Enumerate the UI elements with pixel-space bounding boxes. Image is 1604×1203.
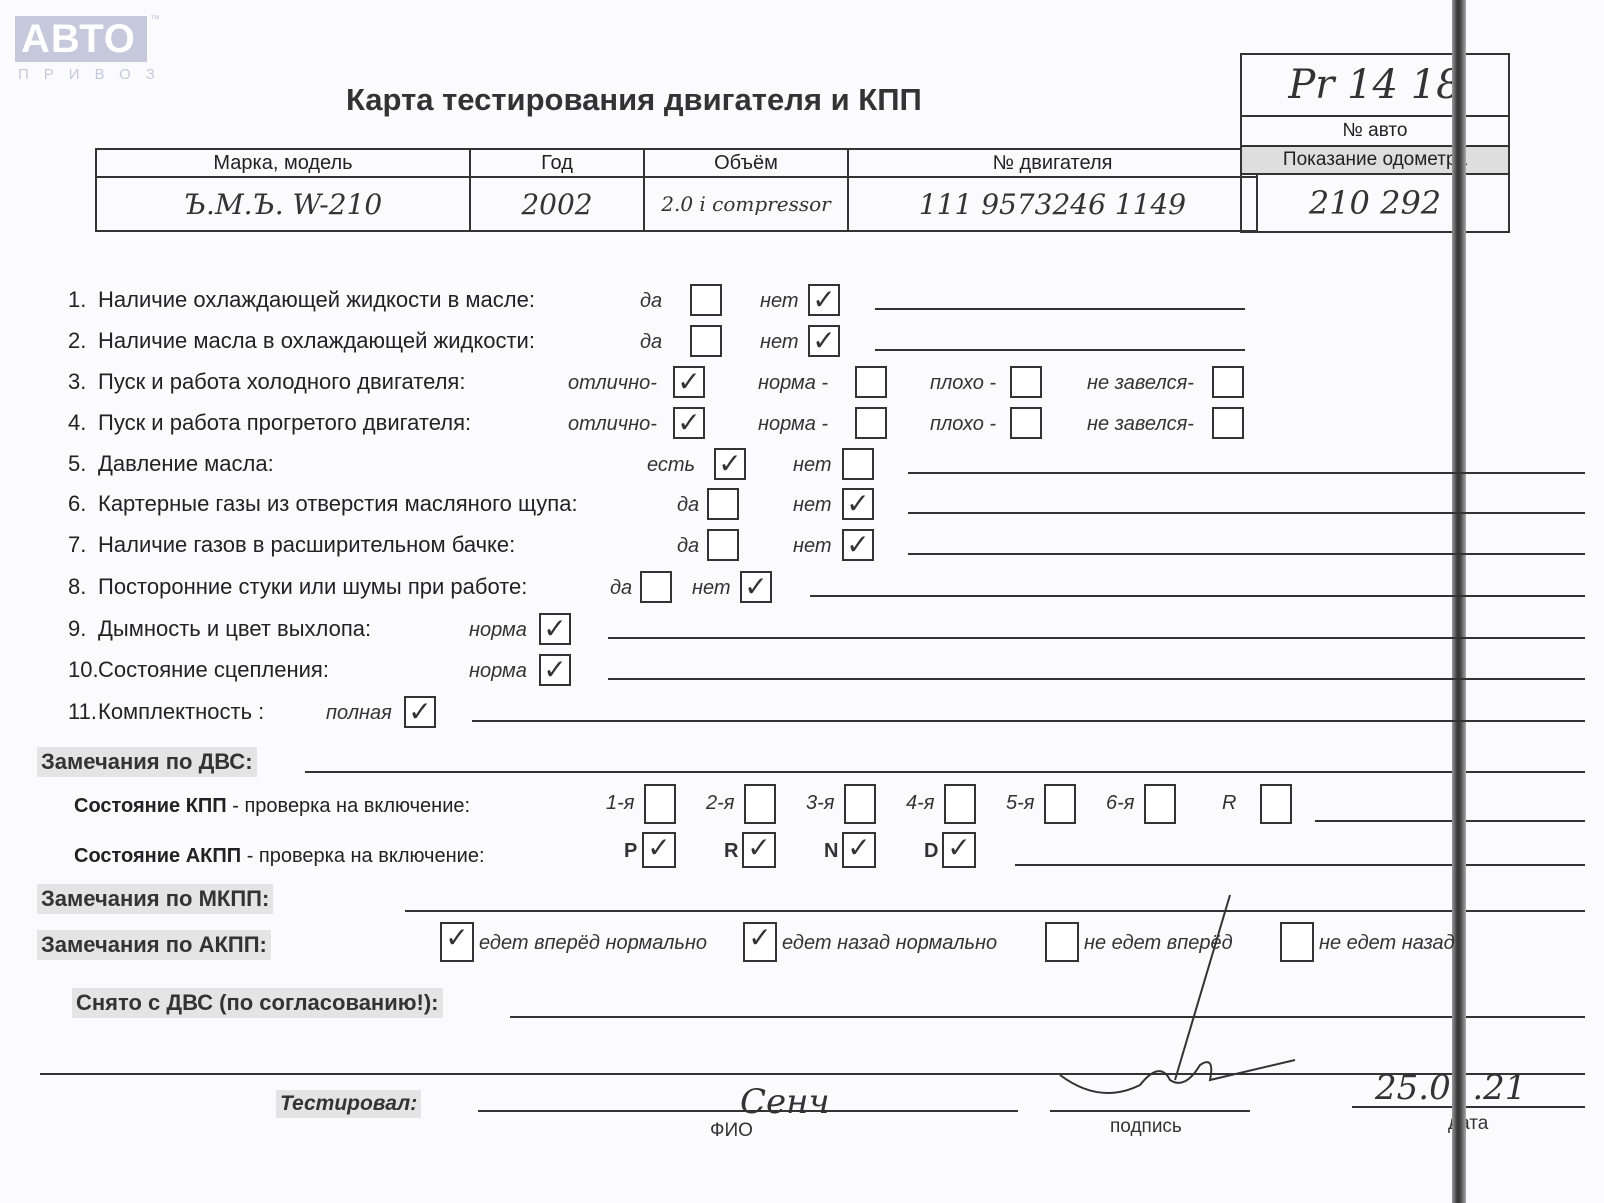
question-8: 8.Посторонние стуки или шумы при работе: (68, 574, 527, 600)
akpp-gear-checkbox-R[interactable]: ✓ (742, 832, 776, 868)
date-value[interactable]: 25.01.21 (1375, 1068, 1526, 1108)
question-number: 10. (68, 657, 98, 683)
question-5: 5.Давление масла: (68, 451, 274, 477)
akpp-gear-checkbox-N[interactable]: ✓ (842, 832, 876, 868)
logo: АВТО (15, 16, 147, 62)
option-label: отлично- (568, 372, 657, 395)
kpp-gear-label: 5-я (1006, 792, 1034, 815)
auto-number-label: № авто (1242, 117, 1508, 147)
logo-trademark: ™ (150, 14, 160, 25)
checkbox-8-2[interactable]: ✓ (740, 571, 772, 603)
question-number: 4. (68, 410, 98, 436)
question-text: Дымность и цвет выхлопа: (98, 616, 371, 641)
question-1: 1.Наличие охлаждающей жидкости в масле: (68, 287, 535, 313)
question-text: Пуск и работа холодного двигателя: (98, 369, 465, 394)
fio-label: ФИО (710, 1120, 753, 1142)
kpp-gear-label: 1-я (606, 792, 634, 815)
checkbox-5-1[interactable]: ✓ (714, 448, 746, 480)
akpp-label: Состояние АКПП - проверка на включение: (74, 845, 485, 868)
kpp-gear-checkbox-R[interactable] (1260, 784, 1292, 824)
akpp-gear-checkbox-D[interactable]: ✓ (942, 832, 976, 868)
akpp-remark-checkbox-2[interactable]: ✓ (743, 922, 777, 962)
checkbox-7-2[interactable]: ✓ (842, 529, 874, 561)
checkbox-3-2[interactable] (855, 366, 887, 398)
option-label: есть (647, 454, 695, 477)
checkbox-1-2[interactable]: ✓ (808, 284, 840, 316)
question-10: 10.Состояние сцепления: (68, 657, 329, 683)
kpp-gear-label: R (1222, 792, 1236, 815)
notes-field-1[interactable] (875, 308, 1245, 310)
kpp-gear-checkbox-4-я[interactable] (944, 784, 976, 824)
question-text: Давление масла: (98, 451, 274, 476)
option-label: норма (469, 619, 527, 642)
checkbox-4-1[interactable]: ✓ (673, 407, 705, 439)
odometer-label: Показание одометра (1242, 147, 1508, 175)
option-label: плохо - (930, 413, 996, 436)
akpp-gear-label: D (924, 840, 938, 863)
kpp-gear-checkbox-5-я[interactable] (1044, 784, 1076, 824)
question-text: Комплектность : (98, 699, 264, 724)
kpp-notes-field[interactable] (1315, 820, 1585, 822)
fio-field[interactable] (478, 1110, 1018, 1112)
question-text: Посторонние стуки или шумы при работе: (98, 574, 527, 599)
notes-field-8[interactable] (810, 595, 1585, 597)
odometer-field[interactable]: 210 292 (1242, 175, 1508, 231)
option-label: нет (793, 494, 832, 517)
question-9: 9.Дымность и цвет выхлопа: (68, 616, 371, 642)
question-number: 7. (68, 532, 98, 558)
checkbox-6-1[interactable] (707, 488, 739, 520)
question-number: 11. (68, 699, 98, 725)
engine-number-field[interactable]: 111 9573246 1149 (848, 177, 1257, 231)
checkbox-4-4[interactable] (1212, 407, 1244, 439)
checkbox-2-1[interactable] (690, 325, 722, 357)
kpp-label: Состояние КПП - проверка на включение: (74, 795, 470, 818)
dvs-remarks-field[interactable] (305, 771, 1585, 773)
question-text: Наличие газов в расширительном бачке: (98, 532, 515, 557)
question-text: Наличие охлаждающей жидкости в масле: (98, 287, 535, 312)
option-label: да (640, 331, 662, 354)
notes-field-7[interactable] (908, 553, 1585, 555)
signature-field[interactable] (1050, 1110, 1250, 1112)
akpp-gear-checkbox-P[interactable]: ✓ (642, 832, 676, 868)
date-field[interactable] (1352, 1106, 1585, 1108)
akpp-remark-checkbox-3[interactable] (1045, 922, 1079, 962)
option-label: плохо - (930, 372, 996, 395)
make-model-field[interactable]: Ъ.М.Ъ. W-210 (96, 177, 470, 231)
checkbox-4-2[interactable] (855, 407, 887, 439)
signature-scribble (1040, 890, 1300, 1110)
tested-label: Тестировал: (276, 1090, 421, 1118)
question-text: Пуск и работа прогретого двигателя: (98, 410, 471, 435)
mkpp-remarks-label: Замечания по МКПП: (37, 884, 273, 914)
option-label: да (677, 535, 699, 558)
question-text: Наличие масла в охлаждающей жидкости: (98, 328, 535, 353)
kpp-gear-label: 6-я (1106, 792, 1134, 815)
checkbox-7-1[interactable] (707, 529, 739, 561)
question-7: 7.Наличие газов в расширительном бачке: (68, 532, 515, 558)
checkbox-3-1[interactable]: ✓ (673, 366, 705, 398)
question-text: Картерные газы из отверстия масляного щу… (98, 491, 578, 516)
question-number: 3. (68, 369, 98, 395)
question-6: 6.Картерные газы из отверстия масляного … (68, 491, 578, 517)
checkbox-6-2[interactable]: ✓ (842, 488, 874, 520)
option-label: да (677, 494, 699, 517)
column-header-volume: Объём (644, 149, 848, 177)
option-label: не завелся- (1087, 413, 1194, 436)
question-3: 3.Пуск и работа холодного двигателя: (68, 369, 465, 395)
akpp-remark-checkbox-4[interactable] (1280, 922, 1314, 962)
akpp-remark-label: едет вперёд нормально (479, 932, 707, 955)
year-field[interactable]: 2002 (470, 177, 644, 231)
kpp-gear-label: 4-я (906, 792, 934, 815)
checkbox-3-3[interactable] (1010, 366, 1042, 398)
akpp-gear-label: R (724, 840, 738, 863)
checkbox-11-1[interactable]: ✓ (404, 696, 436, 728)
akpp-gear-label: N (824, 840, 838, 863)
kpp-gear-checkbox-6-я[interactable] (1144, 784, 1176, 824)
checkbox-1-1[interactable] (690, 284, 722, 316)
question-number: 8. (68, 574, 98, 600)
checkbox-3-4[interactable] (1212, 366, 1244, 398)
question-11: 11.Комплектность : (68, 699, 264, 725)
option-label: нет (793, 535, 832, 558)
checkbox-8-1[interactable] (640, 571, 672, 603)
column-header-make-model: Марка, модель (96, 149, 470, 177)
akpp-gear-label: P (624, 840, 637, 863)
volume-field[interactable]: 2.0 i compressor (644, 177, 848, 231)
option-label: нет (760, 290, 799, 313)
notes-field-10[interactable] (608, 678, 1585, 680)
checkbox-9-1[interactable]: ✓ (539, 613, 571, 645)
option-label: нет (793, 454, 832, 477)
checkbox-4-3[interactable] (1010, 407, 1042, 439)
question-4: 4.Пуск и работа прогретого двигателя: (68, 410, 471, 436)
akpp-remarks-label: Замечания по АКПП: (37, 930, 271, 960)
notes-field-6[interactable] (908, 512, 1585, 514)
kpp-gear-label: 3-я (806, 792, 834, 815)
notes-field-2[interactable] (875, 349, 1245, 351)
dvs-remarks-label: Замечания по ДВС: (37, 747, 257, 777)
kpp-gear-checkbox-1-я[interactable] (644, 784, 676, 824)
binding-strip (1452, 0, 1466, 1203)
option-label: норма - (758, 372, 828, 395)
mkpp-remarks-field[interactable] (405, 910, 1585, 912)
question-number: 9. (68, 616, 98, 642)
kpp-gear-checkbox-2-я[interactable] (744, 784, 776, 824)
checkbox-10-1[interactable]: ✓ (539, 654, 571, 686)
option-label: нет (760, 331, 799, 354)
akpp-remark-label: не едет назад (1319, 932, 1455, 955)
akpp-remark-label: едет назад нормально (782, 932, 997, 955)
column-header-year: Год (470, 149, 644, 177)
option-label: полная (326, 702, 392, 725)
removed-label: Снято с ДВС (по согласованию!): (72, 988, 443, 1018)
fio-value[interactable]: Сенч (740, 1082, 830, 1122)
option-label: отлично- (568, 413, 657, 436)
question-number: 5. (68, 451, 98, 477)
notes-field-9[interactable] (608, 637, 1585, 639)
kpp-gear-checkbox-3-я[interactable] (844, 784, 876, 824)
auto-number-field[interactable]: Pr 14 18 (1242, 55, 1508, 117)
akpp-notes-field[interactable] (1015, 864, 1585, 866)
page-title: Карта тестирования двигателя и КПП (346, 82, 922, 118)
option-label: нет (692, 577, 731, 600)
option-label: да (610, 577, 632, 600)
option-label: норма - (758, 413, 828, 436)
signature-label: подпись (1110, 1116, 1182, 1138)
notes-field-5[interactable] (908, 472, 1585, 474)
option-label: не завелся- (1087, 372, 1194, 395)
kpp-gear-label: 2-я (706, 792, 734, 815)
logo-subtitle: ПРИВОЗ (18, 66, 170, 83)
option-label: да (640, 290, 662, 313)
notes-field-11[interactable] (472, 720, 1585, 722)
akpp-remark-label: не едет вперёд (1084, 932, 1233, 955)
question-number: 6. (68, 491, 98, 517)
question-text: Состояние сцепления: (98, 657, 329, 682)
question-number: 2. (68, 328, 98, 354)
checkbox-2-2[interactable]: ✓ (808, 325, 840, 357)
akpp-remark-checkbox-1[interactable]: ✓ (440, 922, 474, 962)
checkbox-5-2[interactable] (842, 448, 874, 480)
question-2: 2.Наличие масла в охлаждающей жидкости: (68, 328, 535, 354)
question-number: 1. (68, 287, 98, 313)
column-header-engine-number: № двигателя (848, 149, 1257, 177)
option-label: норма (469, 660, 527, 683)
vehicle-info-table: Марка, модель Год Объём № двигателя Ъ.М.… (95, 148, 1258, 232)
divider (40, 1073, 1585, 1075)
